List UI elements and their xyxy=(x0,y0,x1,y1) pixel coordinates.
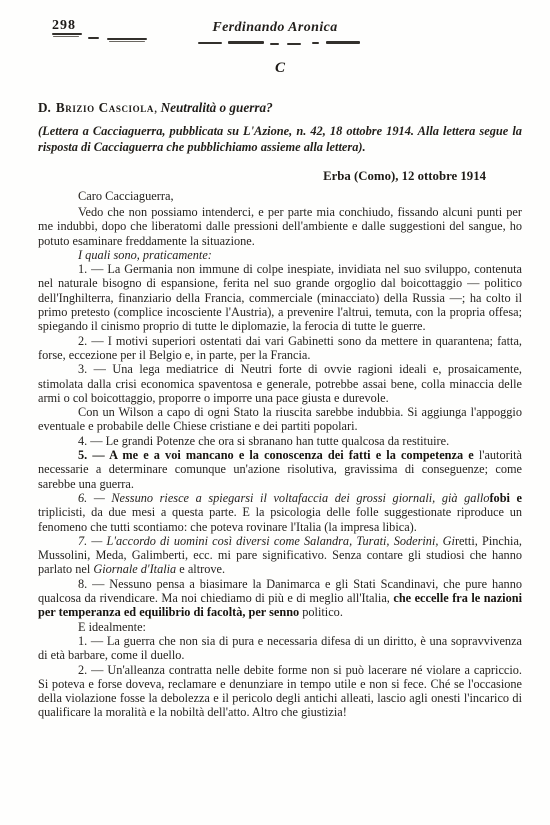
text-segment: I quali sono, praticamente: xyxy=(78,248,212,262)
text-segment: Vedo che non possiamo intenderci, e per … xyxy=(38,205,522,248)
text-segment: Giornale d'Italia xyxy=(93,562,176,576)
text-segment: 5. — A me e a voi mancano e la conoscenz… xyxy=(78,448,474,462)
scan-mark xyxy=(287,43,301,45)
scan-mark xyxy=(52,33,82,35)
scan-mark xyxy=(109,41,145,42)
letter-salutation: Caro Cacciaguerra, xyxy=(38,189,522,204)
paragraph: 2. — Un'alleanza contratta nelle debite … xyxy=(38,663,522,720)
text-segment: 4. — Le grandi Potenze che ora si sbrana… xyxy=(78,434,449,448)
paragraph: 2. — I motivi superiori ostentati dai va… xyxy=(38,334,522,363)
text-segment: 1. — La guerra che non sia di pura e nec… xyxy=(38,634,522,662)
scan-mark xyxy=(107,38,147,40)
scan-mark xyxy=(326,41,360,44)
scan-mark xyxy=(270,43,279,45)
paragraph: Con un Wilson a capo di ogni Stato la ri… xyxy=(38,405,522,434)
work-title: Neutralità o guerra? xyxy=(161,100,273,115)
paragraph: E idealmente: xyxy=(38,620,522,634)
paragraph: 4. — Le grandi Potenze che ora si sbrana… xyxy=(38,434,522,448)
scanned-book-page: 298 Ferdinando Aronica C D.Brizio Cascio… xyxy=(0,0,550,825)
letter-body: Vedo che non possiamo intenderci, e per … xyxy=(38,205,522,720)
paragraph: 6. — Nessuno riesce a spiegarsi il volta… xyxy=(38,491,522,534)
entry-heading: D.Brizio Casciola, Neutralità o guerra? xyxy=(38,100,522,116)
paragraph: 7. — L'accordo di uomini così diversi co… xyxy=(38,534,522,577)
text-segment: E idealmente: xyxy=(78,620,146,634)
scan-mark xyxy=(228,41,264,44)
text-segment: Con un Wilson a capo di ogni Stato la ri… xyxy=(38,405,522,433)
letter-dateline: Erba (Como), 12 ottobre 1914 xyxy=(38,169,522,184)
paragraph: I quali sono, praticamente: xyxy=(38,248,522,262)
running-title: Ferdinando Aronica xyxy=(0,20,550,36)
scan-mark xyxy=(312,42,319,44)
section-letter: C xyxy=(38,60,522,77)
scan-mark xyxy=(198,42,222,44)
paragraph: Vedo che non possiamo intenderci, e per … xyxy=(38,205,522,248)
text-segment: triplicisti, da due mesi a questa parte.… xyxy=(38,505,522,533)
text-segment: 2. — I motivi superiori ostentati dai va… xyxy=(38,334,522,362)
text-column: C D.Brizio Casciola, Neutralità o guerra… xyxy=(38,60,522,720)
text-segment: 3. — Una lega mediatrice di Neutri forte… xyxy=(38,362,522,405)
scan-mark xyxy=(53,36,79,37)
author-name: Brizio Casciola xyxy=(56,100,154,115)
text-segment: 2. — Un'alleanza contratta nelle debite … xyxy=(38,663,522,720)
heading-separator: , xyxy=(154,100,161,115)
paragraph: 8. — Nessuno pensa a biasimare la Danima… xyxy=(38,577,522,620)
text-segment: e altrove. xyxy=(176,562,225,576)
text-segment: 6. — Nessuno riesce a spiegarsi il volta… xyxy=(78,491,489,505)
text-segment: politico. xyxy=(299,605,343,619)
paragraph: 3. — Una lega mediatrice di Neutri forte… xyxy=(38,362,522,405)
paragraph: 5. — A me e a voi mancano e la conoscenz… xyxy=(38,448,522,491)
author-honorific: D. xyxy=(38,100,51,115)
paragraph: 1. — La guerra che non sia di pura e nec… xyxy=(38,634,522,663)
text-segment: 7. — L'accordo di uomini così diversi co… xyxy=(78,534,455,548)
text-segment: 1. — La Germania non immune di colpe ine… xyxy=(38,262,522,333)
scan-mark xyxy=(88,37,99,39)
editorial-note: (Lettera a Cacciaguerra, pubblicata su L… xyxy=(38,123,522,155)
text-segment: fobi e xyxy=(489,491,522,505)
paragraph: 1. — La Germania non immune di colpe ine… xyxy=(38,262,522,333)
